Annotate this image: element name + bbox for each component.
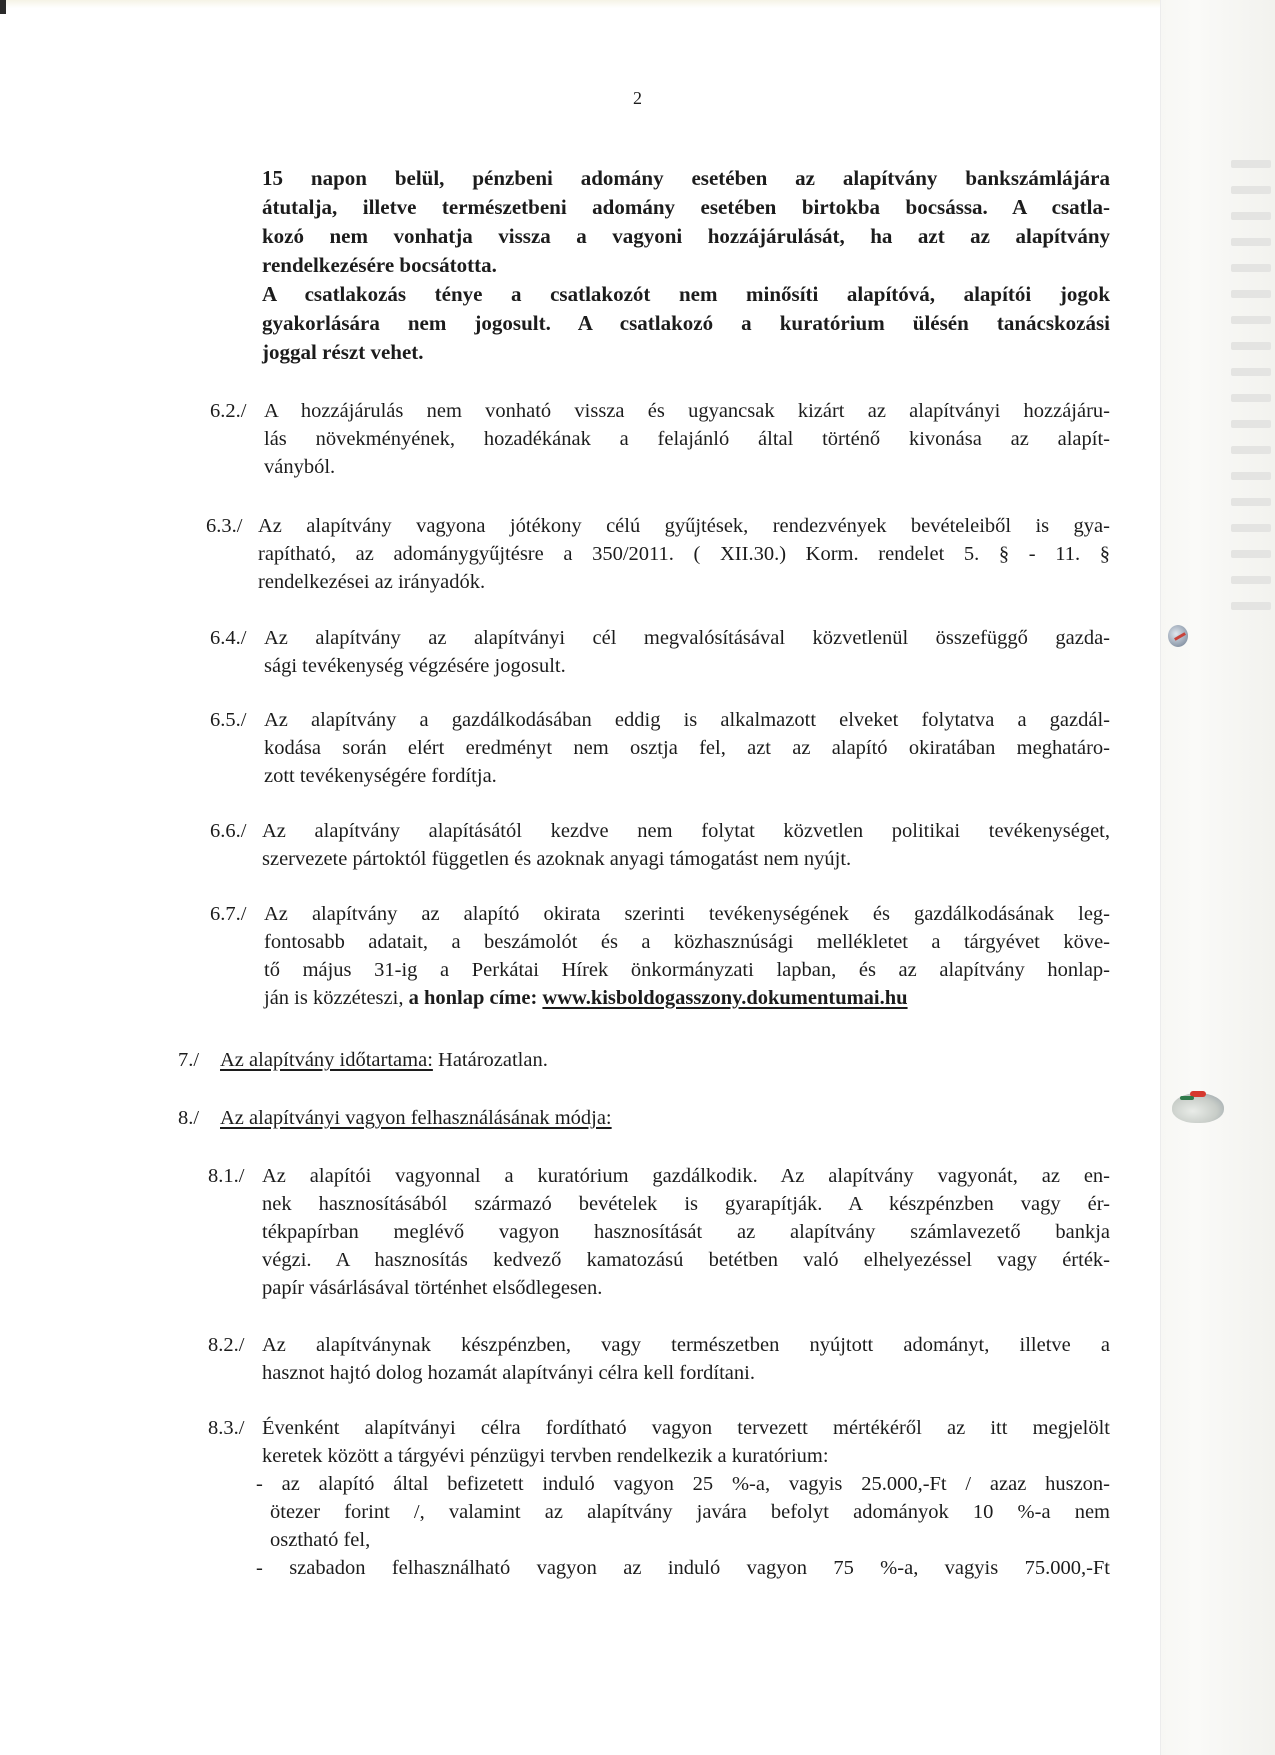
text-line: szervezete pártoktól független és azokna…: [262, 845, 1110, 873]
section-number: 8.2./: [208, 1331, 244, 1359]
text-fragment: ján is közzéteszi,: [264, 987, 403, 1009]
ghost-text: [1231, 186, 1271, 194]
ghost-text: [1231, 524, 1271, 532]
bullet-item-continuation: ötezer forint /, valamint az alapítvány …: [270, 1498, 1110, 1554]
section-number: 6.7./: [210, 900, 246, 928]
ghost-text: [1231, 160, 1271, 168]
section-7: Az alapítvány időtartama: Határozatlan.: [220, 1046, 920, 1074]
section-6-6: Az alapítvány alapításától kezdve nem fo…: [262, 817, 1110, 873]
section-8-3: Évenként alapítványi célra fordítható va…: [262, 1414, 1110, 1470]
text-line: kodása során elért eredményt nem osztja …: [264, 734, 1110, 762]
text-line: Az alapítvány az alapító okirata szerint…: [264, 900, 1110, 928]
text-line: keretek között a tárgyévi pénzügyi tervb…: [262, 1442, 1110, 1470]
text-line: rendelkezésére bocsátotta.: [262, 251, 1110, 280]
ghost-text: [1231, 238, 1271, 246]
ghost-text: [1231, 602, 1271, 610]
section-6-2: A hozzájárulás nem vonható vissza és ugy…: [264, 397, 1110, 481]
text-line: ötezer forint /, valamint az alapítvány …: [270, 1498, 1110, 1526]
text-line: Évenként alapítványi célra fordítható va…: [262, 1414, 1110, 1442]
text-line: rapítható, az adománygyűjtésre a 350/201…: [258, 540, 1110, 568]
section-heading: Az alapítványi vagyon felhasználásának m…: [220, 1104, 920, 1132]
text-line: Az alapítvány a gazdálkodásában eddig is…: [264, 706, 1110, 734]
text-line: fontosabb adatait, a beszámolót és a köz…: [264, 928, 1110, 956]
text-line: ványból.: [264, 453, 1110, 481]
scan-corner-mark: [0, 0, 6, 14]
ghost-text: [1231, 368, 1271, 376]
bullet-item: - az alapító által befizetett induló vag…: [256, 1470, 1110, 1498]
ghost-text: [1231, 550, 1271, 558]
section-number: 6.5./: [210, 706, 246, 734]
text-line: 15 napon belül, pénzbeni adomány esetébe…: [262, 164, 1110, 193]
binder-clip-mark: [1168, 625, 1188, 647]
page-number: 2: [0, 88, 1275, 109]
text-line: Az alapítvány vagyona jótékony célú gyűj…: [258, 512, 1110, 540]
text-line: hasznot hajtó dolog hozamát alapítványi …: [262, 1359, 1110, 1387]
binder-clip-mark: [1172, 1093, 1224, 1123]
text-line: tékpapírban meglévő vagyon hasznosítását…: [262, 1218, 1110, 1246]
text-line: zott tevékenységére fordítja.: [264, 762, 1110, 790]
text-line: tő május 31-ig a Perkátai Hírek önkormán…: [264, 956, 1110, 984]
section-number: 8./: [178, 1104, 199, 1132]
text-line: osztható fel,: [270, 1526, 1110, 1554]
section-8-1: Az alapítói vagyonnal a kuratórium gazdá…: [262, 1162, 1110, 1302]
section-number: 6.2./: [210, 397, 246, 425]
ghost-text: [1231, 264, 1271, 272]
text-line: papír vásárlásával történhet elsődlegese…: [262, 1274, 1110, 1302]
ghost-text: [1231, 576, 1271, 584]
ghost-text: [1231, 472, 1271, 480]
intro-paragraph: 15 napon belül, pénzbeni adomány esetébe…: [262, 164, 1110, 367]
ghost-text: [1231, 342, 1271, 350]
text-line: kozó nem vonhatja vissza a vagyoni hozzá…: [262, 222, 1110, 251]
section-number: 8.3./: [208, 1414, 244, 1442]
section-number: 6.4./: [210, 624, 246, 652]
ghost-text: [1231, 446, 1271, 454]
homepage-link[interactable]: www.kisboldogasszony.dokumentumai.hu: [542, 987, 907, 1009]
section-8: Az alapítványi vagyon felhasználásának m…: [220, 1104, 920, 1132]
ghost-text: [1231, 212, 1271, 220]
section-6-7: Az alapítvány az alapító okirata szerint…: [264, 900, 1110, 1012]
ghost-text: [1231, 290, 1271, 298]
text-line: - az alapító által befizetett induló vag…: [256, 1470, 1110, 1498]
text-line: Az alapítványnak készpénzben, vagy termé…: [262, 1331, 1110, 1359]
text-line: gyakorlására nem jogosult. A csatlakozó …: [262, 309, 1110, 338]
section-6-3: Az alapítvány vagyona jótékony célú gyűj…: [258, 512, 1110, 596]
text-line: Az alapítói vagyonnal a kuratórium gazdá…: [262, 1162, 1110, 1190]
text-line: rendelkezései az irányadók.: [258, 568, 1110, 596]
text-line: A csatlakozás ténye a csatlakozót nem mi…: [262, 280, 1110, 309]
text-line: joggal részt vehet.: [262, 338, 1110, 367]
section-number: 6.6./: [210, 817, 246, 845]
section-6-5: Az alapítvány a gazdálkodásában eddig is…: [264, 706, 1110, 790]
section-number: 6.3./: [206, 512, 242, 540]
section-number: 7./: [178, 1046, 199, 1074]
text-line: sági tevékenység végzésére jogosult.: [264, 652, 1110, 680]
section-heading: Az alapítvány időtartama:: [220, 1049, 433, 1071]
text-line: A hozzájárulás nem vonható vissza és ugy…: [264, 397, 1110, 425]
ghost-text: [1231, 420, 1271, 428]
ghost-text: [1231, 394, 1271, 402]
section-8-2: Az alapítványnak készpénzben, vagy termé…: [262, 1331, 1110, 1387]
section-6-4: Az alapítvány az alapítványi cél megvaló…: [264, 624, 1110, 680]
scan-top-edge: [0, 0, 1275, 8]
text-line: Az alapítvány alapításától kezdve nem fo…: [262, 817, 1110, 845]
section-value: Határozatlan.: [438, 1049, 548, 1071]
underlying-page-edge: [1160, 0, 1275, 1755]
text-line: Az alapítvány az alapítványi cél megvaló…: [264, 624, 1110, 652]
text-line: lás növekményének, hozadékának a felaján…: [264, 425, 1110, 453]
text-line: átutalja, illetve természetbeni adomány …: [262, 193, 1110, 222]
text-line: ján is közzéteszi, a honlap címe: www.ki…: [264, 984, 1110, 1012]
text-line: nek hasznosításából származó bevételek i…: [262, 1190, 1110, 1218]
bullet-item: - szabadon felhasználható vagyon az indu…: [256, 1554, 1110, 1582]
text-line: - szabadon felhasználható vagyon az indu…: [256, 1554, 1110, 1582]
text-line: végzi. A hasznosítás kedvező kamatozású …: [262, 1246, 1110, 1274]
homepage-label: a honlap címe:: [409, 987, 538, 1009]
ghost-text: [1231, 316, 1271, 324]
text-line: Az alapítvány időtartama: Határozatlan.: [220, 1046, 920, 1074]
ghost-text: [1231, 498, 1271, 506]
section-number: 8.1./: [208, 1162, 244, 1190]
